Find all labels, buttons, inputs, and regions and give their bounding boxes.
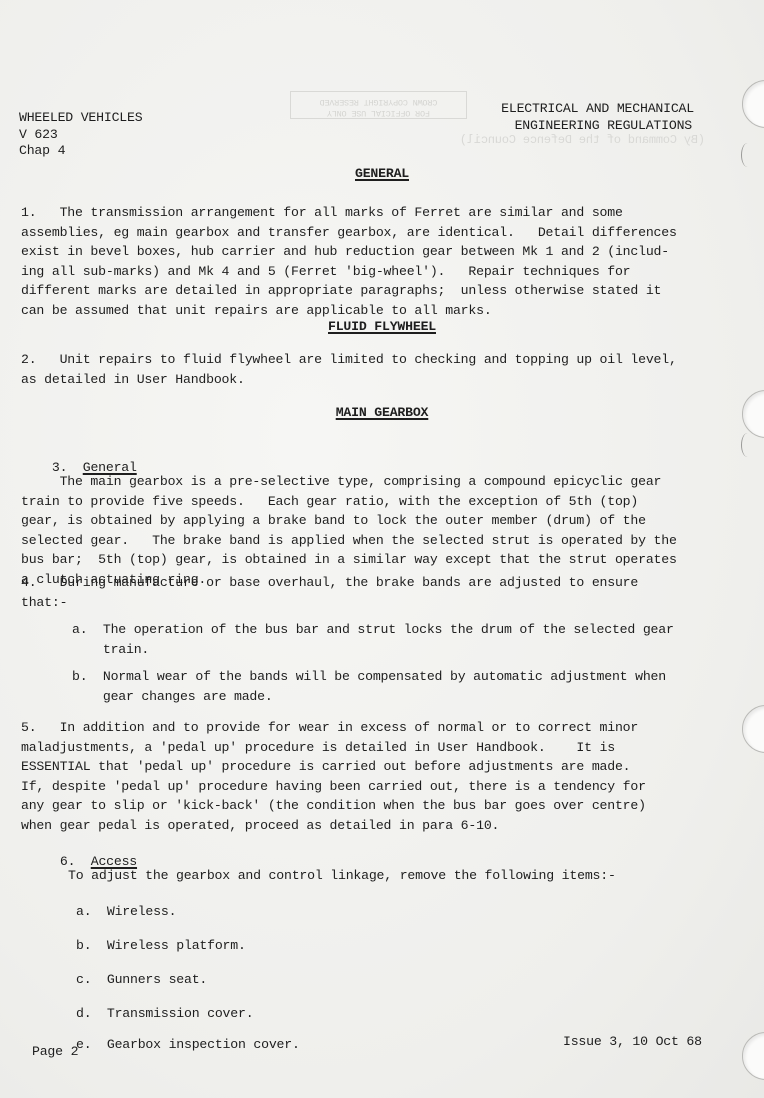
paragraph-2: 2. Unit repairs to fluid flywheel are li… <box>21 350 677 389</box>
punch-hole <box>742 80 764 128</box>
section-heading-fluid-flywheel: FLUID FLYWHEEL <box>0 319 764 334</box>
publication-number: V 623 <box>19 127 142 144</box>
show-through-text: (By Command of the Defence Council) <box>460 133 705 147</box>
section-heading-main-gearbox: MAIN GEARBOX <box>0 405 764 420</box>
regulations-title-line1: ELECTRICAL AND MECHANICAL <box>490 100 694 117</box>
paragraph-6-intro: To adjust the gearbox and control linkag… <box>68 866 616 886</box>
paragraph-4-item-b: b. Normal wear of the bands will be comp… <box>72 667 666 706</box>
publication-category: WHEELED VEHICLES <box>19 110 142 127</box>
paragraph-1: 1. The transmission arrangement for all … <box>21 203 677 320</box>
chapter-number: Chap 4 <box>19 143 142 160</box>
section-heading-general: GENERAL <box>0 166 764 181</box>
header-left: WHEELED VEHICLES V 623 Chap 4 <box>19 110 142 160</box>
show-through-stamp: FOR OFFICIAL USE ONLY CROWN COPYRIGHT RE… <box>290 91 467 119</box>
punch-hole <box>742 390 764 438</box>
issue-date: Issue 3, 10 Oct 68 <box>563 1034 702 1049</box>
document-page: FOR OFFICIAL USE ONLY CROWN COPYRIGHT RE… <box>0 0 764 1098</box>
access-item-c: c. Gunners seat. <box>76 970 207 990</box>
page-number: Page 2 <box>32 1044 78 1059</box>
punch-hole <box>742 1032 764 1080</box>
paragraph-5: 5. In addition and to provide for wear i… <box>21 718 646 835</box>
punch-hole <box>742 705 764 753</box>
access-item-a: a. Wireless. <box>76 902 176 922</box>
regulations-title-line2: ENGINEERING REGULATIONS <box>490 117 692 134</box>
punch-hole-mark <box>741 433 754 457</box>
stamp-line: FOR OFFICIAL USE ONLY <box>291 107 466 118</box>
access-item-b: b. Wireless platform. <box>76 936 246 956</box>
punch-hole-mark <box>741 143 754 167</box>
paragraph-4-item-a: a. The operation of the bus bar and stru… <box>72 620 674 659</box>
stamp-line: CROWN COPYRIGHT RESERVED <box>291 96 466 107</box>
header-right: ELECTRICAL AND MECHANICAL ENGINEERING RE… <box>490 100 694 134</box>
access-item-d: d. Transmission cover. <box>76 1004 253 1024</box>
paragraph-4: 4. During manufacture or base overhaul, … <box>21 573 638 612</box>
access-item-e: e. Gearbox inspection cover. <box>76 1035 300 1055</box>
paragraph-3-body: The main gearbox is a pre-selective type… <box>21 472 677 589</box>
